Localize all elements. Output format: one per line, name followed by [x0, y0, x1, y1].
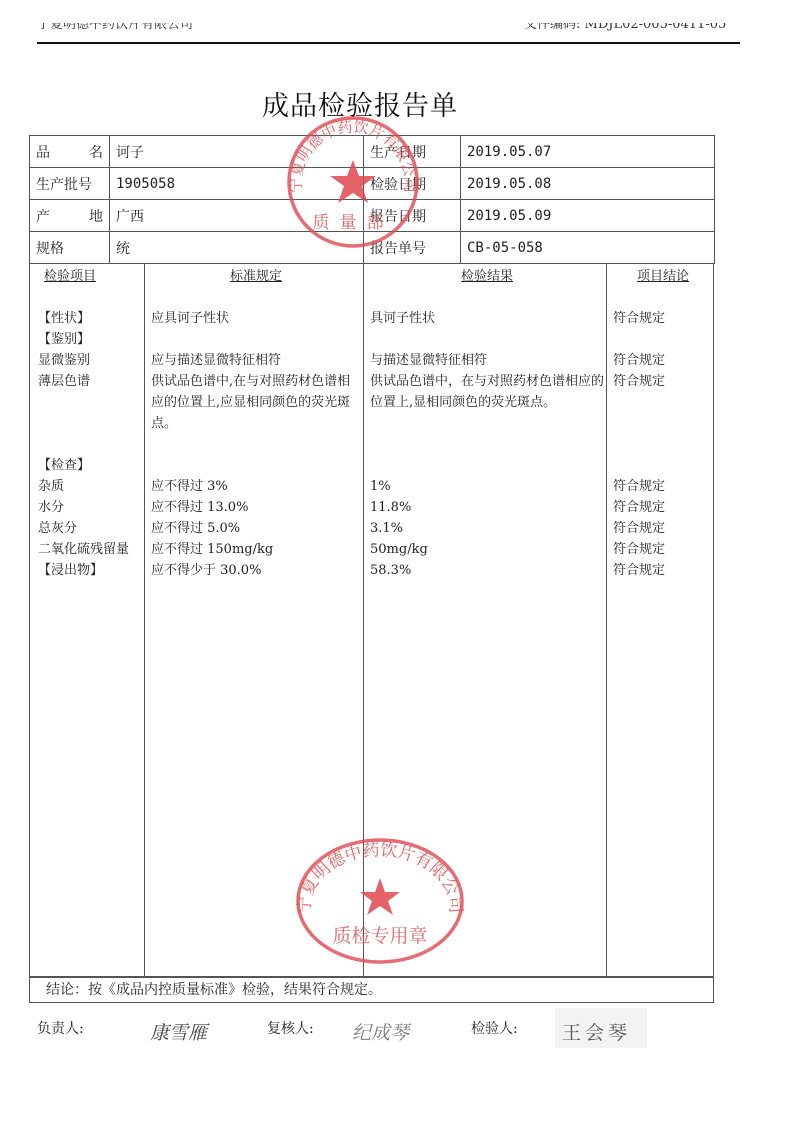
results-cell-standard: 应不得过 150mg/kg: [151, 539, 361, 560]
standards-column: 标准规定 应具诃子性状应与描述显微特征相符供试品色谱中,在与对照药材色谱相应的位…: [151, 264, 361, 581]
test-date: 2019.05.08: [461, 168, 715, 200]
results-cell-item: 【鉴别】: [38, 329, 142, 350]
conclusion-row: 结论：按《成品内控质量标准》检验，结果符合规定。: [29, 977, 714, 1003]
results-cell-item: 【性状】: [38, 308, 142, 329]
results-cell-result: 58.3%: [370, 560, 604, 581]
results-cell-standard: [151, 329, 361, 350]
inspector-label: 检验人:: [471, 1018, 518, 1038]
results-cell-result: 50mg/kg: [370, 539, 604, 560]
results-column: 检验结果 具诃子性状与描述显微特征相符供试品色谱中，在与对照药材色谱相应的位置上…: [370, 264, 604, 581]
report-number-label: 报告单号: [364, 232, 461, 264]
column-divider: [144, 264, 145, 976]
header-result: 检验结果: [370, 266, 604, 287]
spec: 统: [110, 232, 364, 264]
results-cell-standard: 供试品色谱中,在与对照药材色谱相应的位置上,应显相同颜色的荧光斑点。: [151, 371, 361, 434]
info-table: 品 名 诃子 生产日期 2019.05.07 生产批号 1905058 检验日期…: [29, 135, 715, 264]
results-cell-standard: 应不得过 13.0%: [151, 497, 361, 518]
results-cell-item: 总灰分: [38, 518, 142, 539]
report-date-label: 报告日期: [364, 200, 461, 232]
results-cell-result: 3.1%: [370, 518, 604, 539]
results-cell-standard: 应不得过 3%: [151, 476, 361, 497]
results-cell-conclusion: 符合规定: [613, 476, 713, 497]
inspector-signature: 王会琴: [562, 1018, 631, 1045]
company-header: 宁夏明德中药饮片有限公司: [37, 23, 193, 35]
production-date: 2019.05.07: [461, 136, 715, 168]
results-cell-conclusion: 符合规定: [613, 371, 713, 434]
header-standard: 标准规定: [151, 266, 361, 287]
results-table: 检验项目 【性状】【鉴别】显微鉴别薄层色谱【检查】杂质水分总灰分二氧化硫残留量【…: [29, 264, 714, 977]
results-cell-item: 【检查】: [38, 455, 142, 476]
page-title: 成品检验报告单: [0, 84, 720, 123]
results-cell-conclusion: 符合规定: [613, 497, 713, 518]
origin-label: 产 地: [30, 200, 110, 232]
results-cell-conclusion: 符合规定: [613, 518, 713, 539]
results-cell-item: 杂质: [38, 476, 142, 497]
results-cell-conclusion: 符合规定: [613, 308, 713, 329]
batch-number: 1905058: [110, 168, 364, 200]
production-date-label: 生产日期: [364, 136, 461, 168]
results-cell-conclusion: 符合规定: [613, 350, 713, 371]
results-cell-standard: 应不得过 5.0%: [151, 518, 361, 539]
header-conclusion: 项目结论: [613, 266, 713, 287]
results-cell-result: 11.8%: [370, 497, 604, 518]
test-date-label: 检验日期: [364, 168, 461, 200]
results-cell-item: 二氧化硫残留量: [38, 539, 142, 560]
header-divider: [37, 42, 740, 44]
results-cell-conclusion: 符合规定: [613, 539, 713, 560]
responsible-label: 负责人:: [37, 1018, 84, 1038]
results-cell-result: 与描述显微特征相符: [370, 350, 604, 371]
spec-label: 规格: [30, 232, 110, 264]
results-cell-standard: 应具诃子性状: [151, 308, 361, 329]
results-cell-result: 1%: [370, 476, 604, 497]
responsible-signature: 康雪雁: [150, 1018, 207, 1045]
reviewer-signature: 纪成琴: [352, 1018, 409, 1045]
product-name: 诃子: [110, 136, 364, 168]
column-divider: [363, 264, 364, 976]
origin: 广西: [110, 200, 364, 232]
items-column: 检验项目 【性状】【鉴别】显微鉴别薄层色谱【检查】杂质水分总灰分二氧化硫残留量【…: [38, 264, 142, 581]
results-cell-conclusion: 符合规定: [613, 560, 713, 581]
batch-label: 生产批号: [30, 168, 110, 200]
results-cell-result: [370, 329, 604, 350]
results-cell-item: 【浸出物】: [38, 560, 142, 581]
results-cell-conclusion: [613, 455, 713, 476]
results-cell-conclusion: [613, 329, 713, 350]
document-code: 文件编码: MDJL02-005-0411-05: [524, 23, 726, 35]
results-cell-result: [370, 455, 604, 476]
results-cell-result: 供试品色谱中，在与对照药材色谱相应的位置上,显相同颜色的荧光斑点。: [370, 371, 604, 434]
results-cell-item: 显微鉴别: [38, 350, 142, 371]
report-date: 2019.05.09: [461, 200, 715, 232]
product-name-label: 品 名: [30, 136, 110, 168]
reviewer-label: 复核人:: [267, 1018, 314, 1038]
report-number: CB-05-058: [461, 232, 715, 264]
header-item: 检验项目: [38, 266, 142, 287]
results-cell-result: 具诃子性状: [370, 308, 604, 329]
results-cell-item: 薄层色谱: [38, 371, 142, 434]
results-cell-standard: 应不得少于 30.0%: [151, 560, 361, 581]
conclusions-column: 项目结论 符合规定符合规定符合规定符合规定符合规定符合规定符合规定符合规定: [613, 264, 713, 581]
results-cell-standard: 应与描述显微特征相符: [151, 350, 361, 371]
results-cell-item: 水分: [38, 497, 142, 518]
results-cell-standard: [151, 455, 361, 476]
column-divider: [606, 264, 607, 976]
